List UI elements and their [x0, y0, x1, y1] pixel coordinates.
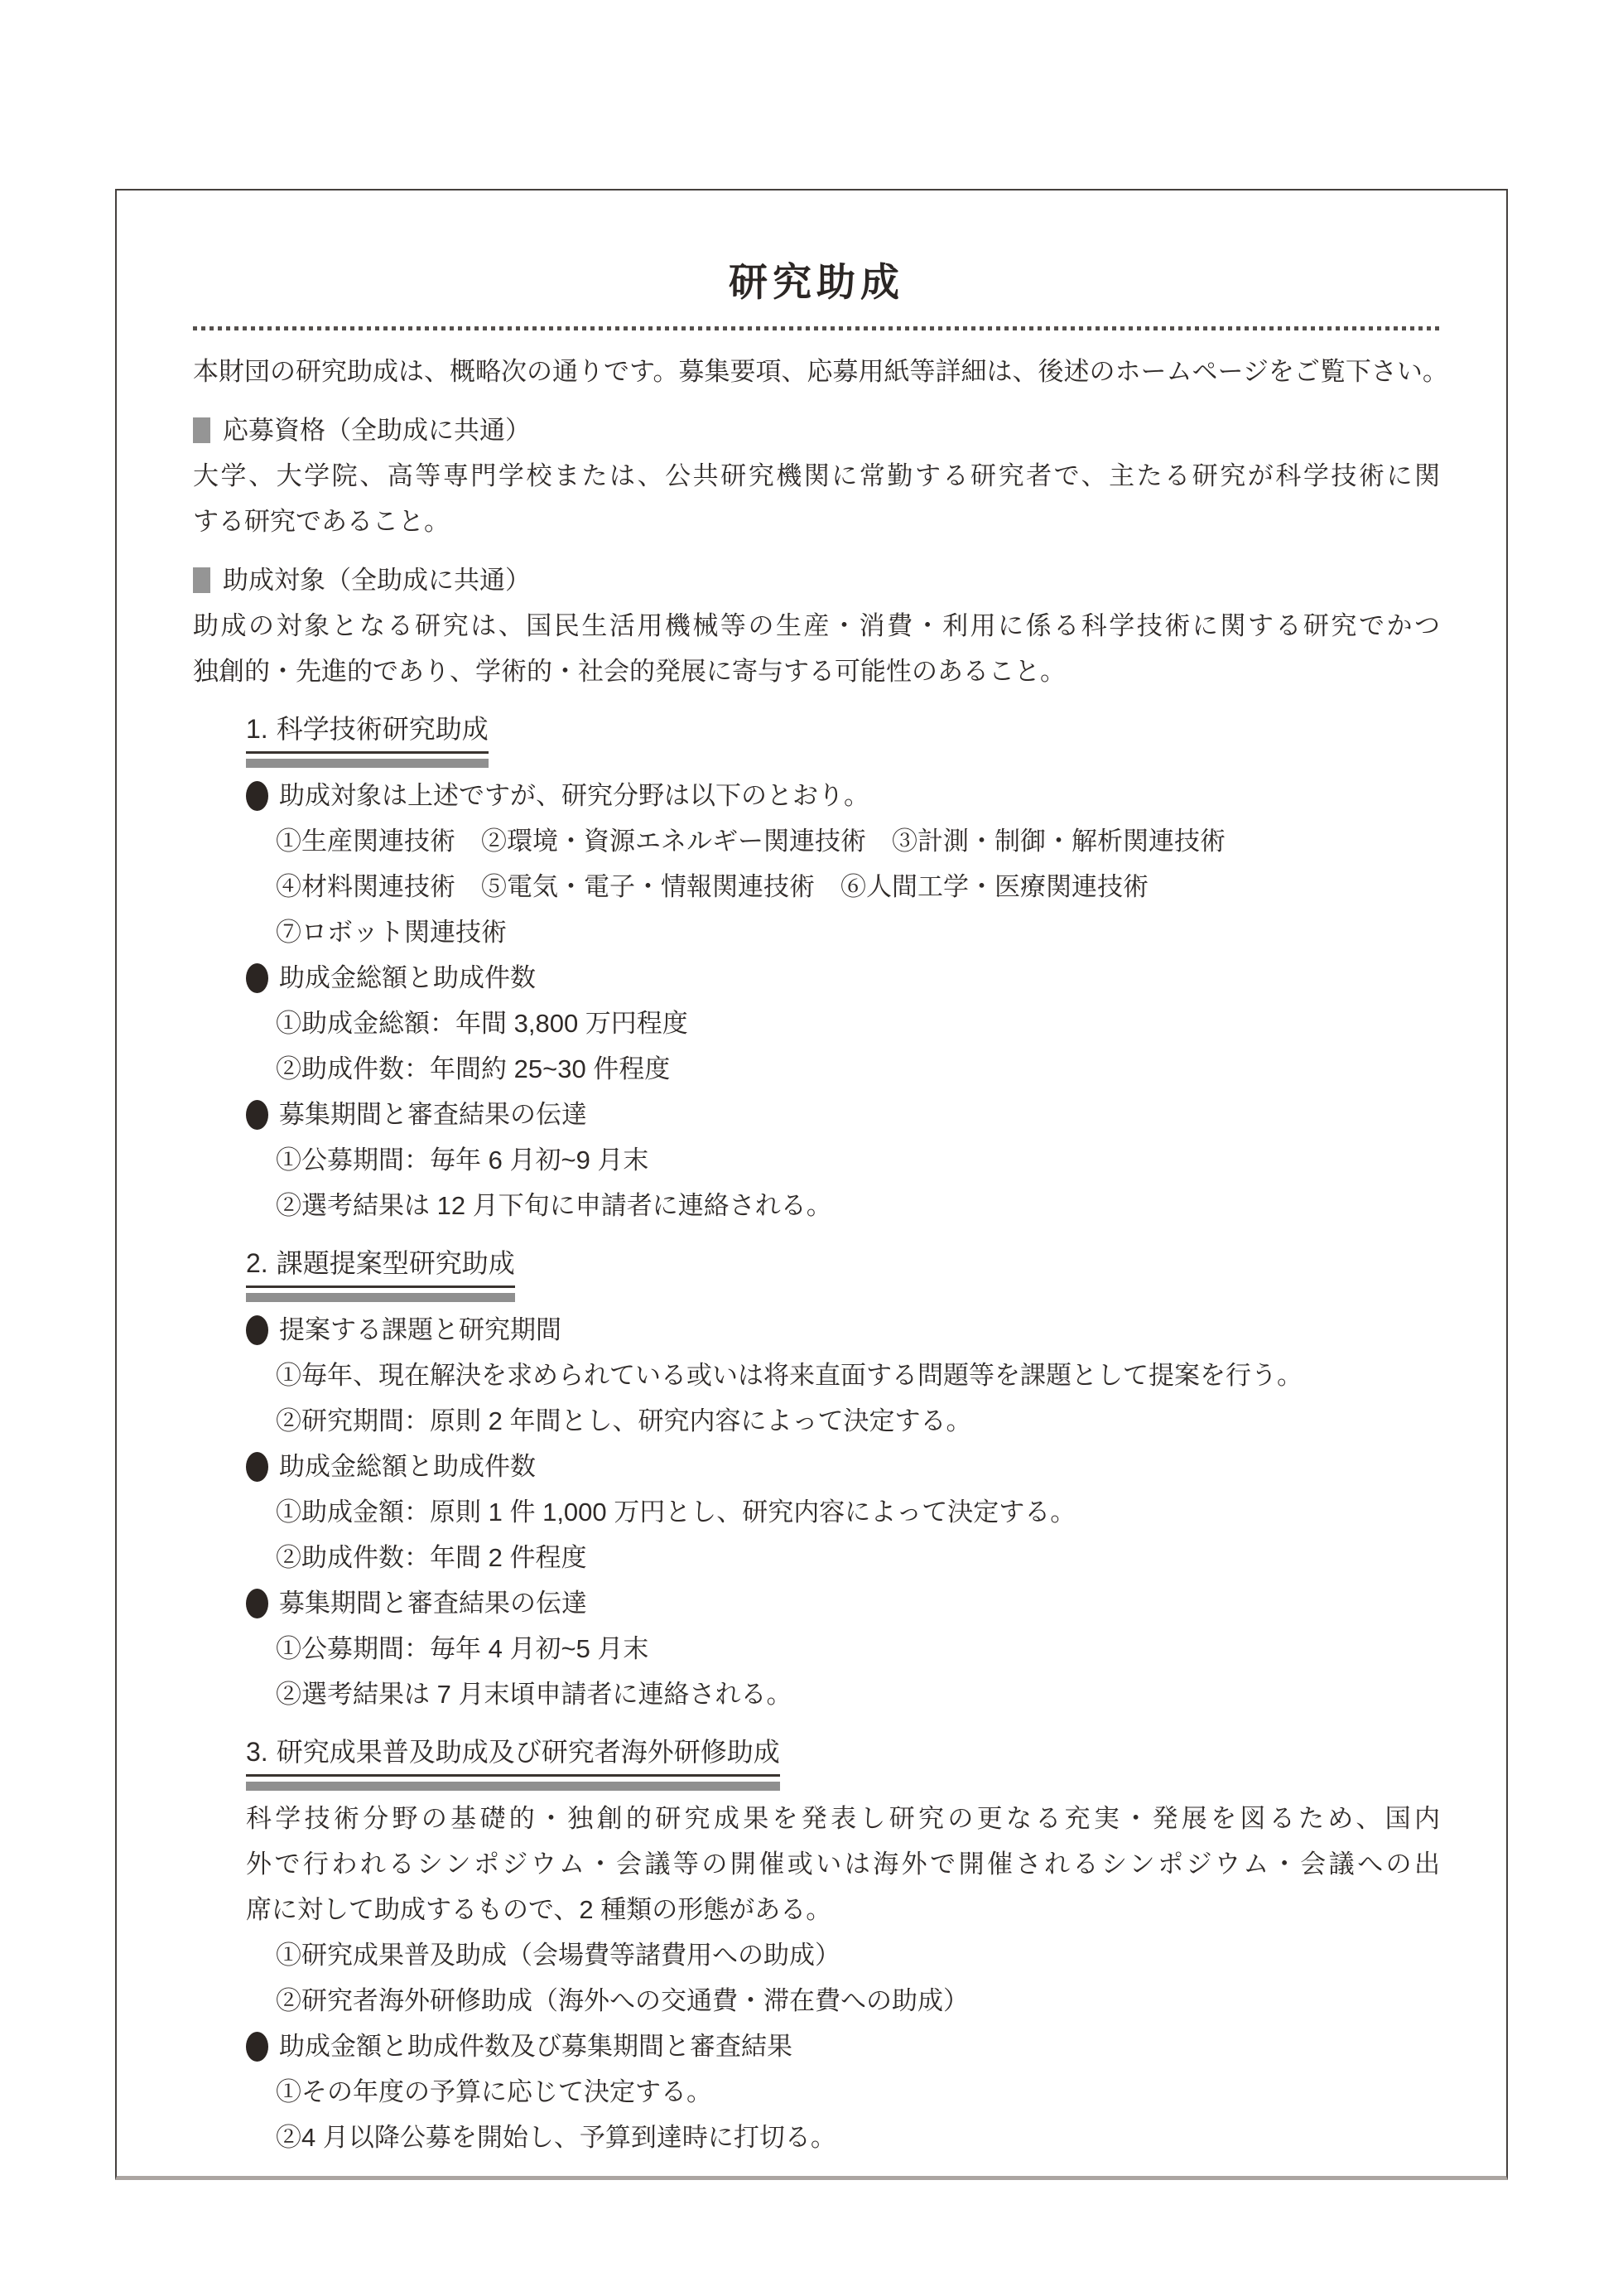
detail-item: ①その年度の予算に応じて決定する。: [276, 2069, 1440, 2115]
subsection-heading: 3.研究成果普及助成及び研究者海外研修助成: [246, 1734, 780, 1791]
bullet-label: 助成対象は上述ですが、研究分野は以下のとおり。: [279, 773, 869, 818]
subsection-heading-text: 2.課題提案型研究助成: [246, 1245, 515, 1288]
detail-item: ①生産関連技術 ②環境・資源エネルギー関連技術 ③計測・制御・解析関連技術: [276, 818, 1440, 864]
section-heading-label: 応募資格（全助成に共通）: [223, 408, 531, 453]
detail-item: ①研究成果普及助成（会場費等諸費用への助成）: [276, 1932, 1440, 1978]
detail-item: ②研究期間：原則 2 年間とし、研究内容によって決定する。: [276, 1398, 1440, 1444]
bullet-line: 助成対象は上述ですが、研究分野は以下のとおり。: [246, 773, 1440, 818]
subsection-body: 提案する課題と研究期間 ①毎年、現在解決を求められている或いは将来直面する問題等…: [246, 1307, 1440, 1717]
bullet-line: 募集期間と審査結果の伝達: [246, 1580, 1440, 1626]
bullet-label: 募集期間と審査結果の伝達: [279, 1580, 587, 1626]
page-content: 研究助成 本財団の研究助成は、概略次の通りです。募集要項、応募用紙等詳細は、後述…: [117, 191, 1506, 2160]
circle-bullet-icon: [246, 781, 268, 811]
circle-bullet-icon: [246, 2032, 268, 2062]
section-heading: 応募資格（全助成に共通）: [193, 408, 1440, 453]
dotted-divider: [193, 326, 1440, 330]
subsection-title: 科学技術研究助成: [277, 714, 489, 744]
circle-bullet-icon: [246, 1315, 268, 1345]
intro-paragraph: 本財団の研究助成は、概略次の通りです。募集要項、応募用紙等詳細は、後述のホームペ…: [193, 349, 1440, 394]
section-eligibility: 応募資格（全助成に共通） 大学、大学院、高等専門学校または、公共研究機関に常勤す…: [193, 408, 1440, 544]
paragraph-line: 科学技術分野の基礎的・独創的研究成果を発表し研究の更なる充実・発展を図るため、国…: [246, 1796, 1440, 1841]
square-bullet-icon: [193, 567, 210, 593]
bullet-label: 募集期間と審査結果の伝達: [279, 1092, 587, 1137]
detail-item: ②選考結果は 12 月下旬に申請者に連絡される。: [276, 1183, 1440, 1228]
detail-item: ⑦ロボット関連技術: [276, 909, 1440, 955]
subsection-proposal-grant: 2.課題提案型研究助成 提案する課題と研究期間 ①毎年、現在解決を求められている…: [246, 1245, 1440, 1717]
detail-item: ②4 月以降公募を開始し、予算到達時に打切る。: [276, 2115, 1440, 2160]
section-body-line: 独創的・先進的であり、学術的・社会的発展に寄与する可能性のあること。: [193, 649, 1440, 694]
section-grant-target: 助成対象（全助成に共通） 助成の対象となる研究は、国民生活用機械等の生産・消費・…: [193, 557, 1440, 694]
section-body-line: する研究であること。: [193, 499, 1440, 544]
square-bullet-icon: [193, 417, 210, 443]
circle-bullet-icon: [246, 1100, 268, 1130]
bullet-line: 助成金額と助成件数及び募集期間と審査結果: [246, 2023, 1440, 2069]
detail-item: ②選考結果は 7 月末頃申請者に連絡される。: [276, 1671, 1440, 1717]
subsection-heading-text: 3.研究成果普及助成及び研究者海外研修助成: [246, 1734, 780, 1777]
bullet-label: 提案する課題と研究期間: [279, 1307, 561, 1353]
subsection-number: 3.: [246, 1737, 268, 1767]
bullet-line: 募集期間と審査結果の伝達: [246, 1092, 1440, 1137]
detail-item: ①公募期間：毎年 6 月初~9 月末: [276, 1137, 1440, 1183]
subsection-body: 助成対象は上述ですが、研究分野は以下のとおり。 ①生産関連技術 ②環境・資源エネ…: [246, 773, 1440, 1228]
heading-underline-bar: [246, 1782, 780, 1791]
page-title: 研究助成: [193, 260, 1440, 305]
detail-item: ①毎年、現在解決を求められている或いは将来直面する問題等を課題として提案を行う。: [276, 1353, 1440, 1398]
bullet-label: 助成金総額と助成件数: [279, 1444, 536, 1489]
circle-bullet-icon: [246, 963, 268, 993]
subsection-dissemination-grant: 3.研究成果普及助成及び研究者海外研修助成 科学技術分野の基礎的・独創的研究成果…: [246, 1734, 1440, 2160]
heading-underline-bar: [246, 759, 489, 768]
bullet-line: 助成金総額と助成件数: [246, 955, 1440, 1001]
subsection-number: 1.: [246, 714, 268, 744]
subsection-title: 研究成果普及助成及び研究者海外研修助成: [277, 1737, 780, 1767]
detail-item: ①公募期間：毎年 4 月初~5 月末: [276, 1626, 1440, 1671]
heading-underline-bar: [246, 1293, 515, 1302]
bullet-label: 助成金額と助成件数及び募集期間と審査結果: [279, 2023, 792, 2069]
section-heading-label: 助成対象（全助成に共通）: [223, 557, 531, 603]
subsection-heading: 1.科学技術研究助成: [246, 711, 489, 768]
detail-item: ②助成件数：年間約 25~30 件程度: [276, 1046, 1440, 1092]
section-heading: 助成対象（全助成に共通）: [193, 557, 1440, 603]
detail-item: ②助成件数：年間 2 件程度: [276, 1535, 1440, 1580]
bullet-line: 助成金総額と助成件数: [246, 1444, 1440, 1489]
detail-item: ④材料関連技術 ⑤電気・電子・情報関連技術 ⑥人間工学・医療関連技術: [276, 864, 1440, 909]
circle-bullet-icon: [246, 1452, 268, 1482]
detail-item: ①助成金総額：年間 3,800 万円程度: [276, 1001, 1440, 1046]
subsection-heading-text: 1.科学技術研究助成: [246, 711, 489, 754]
subsection-heading: 2.課題提案型研究助成: [246, 1245, 515, 1302]
section-body-line: 助成の対象となる研究は、国民生活用機械等の生産・消費・利用に係る科学技術に関する…: [193, 603, 1440, 649]
subsection-body: 科学技術分野の基礎的・独創的研究成果を発表し研究の更なる充実・発展を図るため、国…: [246, 1796, 1440, 2160]
paragraph-line: 席に対して助成するもので、2 種類の形態がある。: [246, 1887, 1440, 1932]
section-body-line: 大学、大学院、高等専門学校または、公共研究機関に常勤する研究者で、主たる研究が科…: [193, 453, 1440, 499]
detail-item: ②研究者海外研修助成（海外への交通費・滞在費への助成）: [276, 1978, 1440, 2023]
paragraph-line: 外で行われるシンポジウム・会議等の開催或いは海外で開催されるシンポジウム・会議へ…: [246, 1841, 1440, 1887]
subsection-title: 課題提案型研究助成: [277, 1248, 515, 1278]
bullet-line: 提案する課題と研究期間: [246, 1307, 1440, 1353]
circle-bullet-icon: [246, 1589, 268, 1618]
subsection-number: 2.: [246, 1248, 268, 1278]
page-frame: 研究助成 本財団の研究助成は、概略次の通りです。募集要項、応募用紙等詳細は、後述…: [115, 189, 1508, 2180]
subsection-science-tech-grant: 1.科学技術研究助成 助成対象は上述ですが、研究分野は以下のとおり。 ①生産関連…: [246, 711, 1440, 1228]
bullet-label: 助成金総額と助成件数: [279, 955, 536, 1001]
detail-item: ①助成金額：原則 1 件 1,000 万円とし、研究内容によって決定する。: [276, 1489, 1440, 1535]
